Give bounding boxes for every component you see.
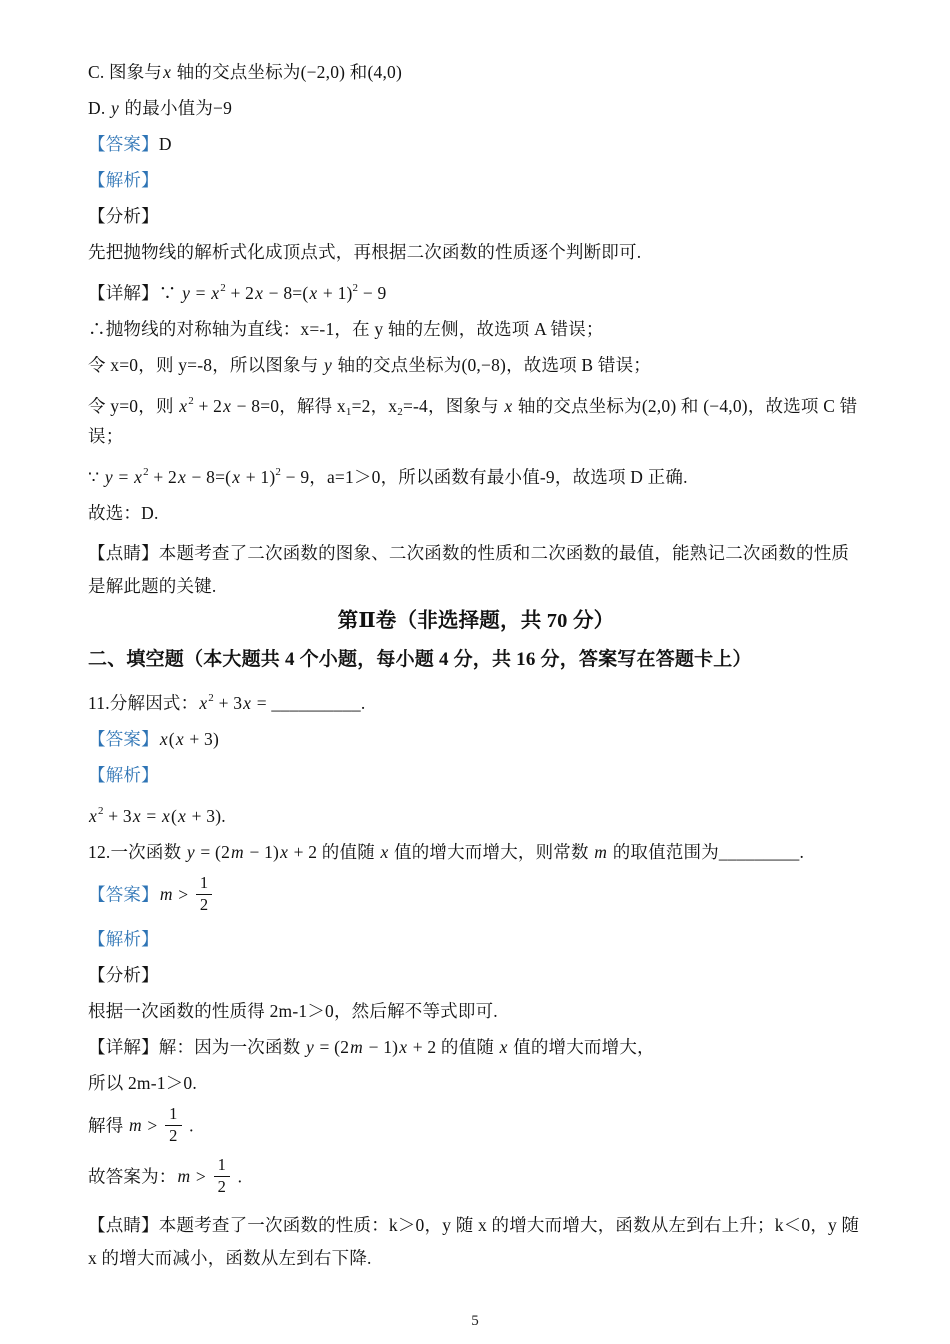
text-run: ∵ bbox=[88, 467, 104, 487]
math-variable: x bbox=[308, 283, 318, 303]
fraction: 12 bbox=[196, 874, 212, 915]
q10-fenxi-label: 【分析】 bbox=[88, 204, 864, 228]
text-run: 的最小值为−9 bbox=[120, 98, 232, 118]
q12-fenxi-label: 【分析】 bbox=[88, 963, 864, 987]
math-variable: x bbox=[177, 467, 187, 487]
text-run: − 8=0，解得 x bbox=[232, 396, 346, 416]
bracket-label: 【解析】 bbox=[88, 170, 159, 190]
math-number: (−4,0) bbox=[703, 396, 748, 416]
math-variable: x bbox=[503, 396, 513, 416]
text-run: . bbox=[185, 1115, 194, 1135]
bracket-label: 【解析】 bbox=[88, 765, 159, 785]
text-run: 轴的交点坐标为 bbox=[333, 355, 461, 375]
text-run: 【点睛】本题考查了一次函数的性质：k＞0，y 随 x 的增大而增大，函数从左到右… bbox=[88, 1215, 859, 1268]
text-run: + 2 bbox=[149, 467, 177, 487]
math-variable: x bbox=[398, 1037, 408, 1057]
text-run: − 8=( bbox=[187, 467, 231, 487]
fraction-denominator: 2 bbox=[214, 1177, 230, 1197]
text-run: − 9 bbox=[358, 283, 386, 303]
text-run: = (2 bbox=[315, 1037, 349, 1057]
math-variable: x bbox=[175, 729, 185, 749]
text-run: ∴抛物线的对称轴为直线：x=-1，在 y 轴的左侧，故选项 A 错误； bbox=[88, 319, 604, 339]
fraction: 12 bbox=[214, 1156, 230, 1197]
part2-header: 第Ⅱ卷（非选择题，共 70 分） bbox=[88, 609, 864, 633]
text-run: − 8=( bbox=[264, 283, 308, 303]
math-variable: x bbox=[133, 467, 143, 487]
q10-detail-line-2: ∴抛物线的对称轴为直线：x=-1，在 y 轴的左侧，故选项 A 错误； bbox=[88, 317, 864, 341]
q12-dianjing: 【点睛】本题考查了一次函数的性质：k＞0，y 随 x 的增大而增大，函数从左到右… bbox=[88, 1209, 864, 1275]
math-number: ( bbox=[169, 729, 175, 749]
math-variable: x bbox=[159, 729, 169, 749]
text-run: = bbox=[191, 283, 210, 303]
text-run: = bbox=[114, 467, 133, 487]
text-run: 【分析】 bbox=[88, 206, 159, 226]
text-run: + 2 的值随 bbox=[408, 1037, 498, 1057]
text-run: > bbox=[174, 884, 193, 904]
text-run: 和 bbox=[345, 62, 367, 82]
bracket-label: 【解析】 bbox=[88, 929, 159, 949]
text-run: 所以 2m-1＞0. bbox=[88, 1073, 197, 1093]
text-run: + 3 bbox=[214, 693, 242, 713]
math-variable: x bbox=[231, 467, 241, 487]
text-run: − 1) bbox=[245, 842, 279, 862]
math-variable: m bbox=[349, 1037, 364, 1057]
text-run: 值的增大而增大，则常数 bbox=[389, 842, 593, 862]
text-run: + 2 bbox=[226, 283, 254, 303]
q10-answer: 【答案】D bbox=[88, 132, 864, 156]
math-number: (0,−8) bbox=[461, 355, 506, 375]
text-run: 解得 bbox=[88, 1115, 128, 1135]
math-variable: x bbox=[279, 842, 289, 862]
math-variable: y bbox=[323, 355, 333, 375]
q11-answer: 【答案】x(x + 3) bbox=[88, 727, 864, 751]
math-variable: x bbox=[198, 693, 208, 713]
text-run: − 1) bbox=[364, 1037, 398, 1057]
text-run: 令 y=0，则 bbox=[88, 396, 178, 416]
q10-detail-line-5: ∵ y = x2 + 2x − 8=(x + 1)2 − 9，a=1＞0，所以函… bbox=[88, 460, 864, 489]
text-run: D. bbox=[88, 98, 110, 118]
text-run: + 2 的值随 bbox=[289, 842, 379, 862]
math-variable: y bbox=[186, 842, 196, 862]
text-run: + 1) bbox=[241, 467, 275, 487]
q11-solution: x2 + 3x = x(x + 3). bbox=[88, 799, 864, 828]
fraction-numerator: 1 bbox=[165, 1105, 181, 1126]
q10-option-c: C. 图象与x 轴的交点坐标为(−2,0) 和(4,0) bbox=[88, 60, 864, 84]
math-variable: x bbox=[177, 806, 187, 826]
text-run: + 2 bbox=[194, 396, 222, 416]
text-run: + 3 bbox=[187, 806, 215, 826]
text-run: 【点睛】本题考查了二次函数的图象、二次函数的性质和二次函数的最值，能熟记二次函数… bbox=[88, 543, 849, 596]
text-run: . bbox=[233, 1166, 242, 1186]
bracket-label: 【答案】 bbox=[88, 134, 159, 154]
math-number: (−2,0) bbox=[301, 62, 346, 82]
text-run: > bbox=[191, 1166, 210, 1186]
section2-title: 二、填空题（本大题共 4 个小题，每小题 4 分，共 16 分，答案写在答题卡上… bbox=[88, 648, 864, 672]
text-run: 故选：D. bbox=[88, 503, 159, 523]
math-variable: m bbox=[230, 842, 245, 862]
text-run: − 9，a=1＞0，所以函数有最小值-9，故选项 D 正确. bbox=[281, 467, 688, 487]
q10-analysis-text: 先把抛物线的解析式化成顶点式，再根据二次函数的性质逐个判断即可. bbox=[88, 240, 864, 264]
text-run: + 3 bbox=[104, 806, 132, 826]
math-variable: y bbox=[104, 467, 114, 487]
text-run: > bbox=[143, 1115, 162, 1135]
q10-detail-line-1: 【详解】∵ y = x2 + 2x − 8=(x + 1)2 − 9 bbox=[88, 276, 864, 305]
bracket-label: 【答案】 bbox=[88, 729, 159, 749]
q12-detail-line-3: 解得 m > 12 . bbox=[88, 1107, 864, 1148]
text-run: 值的增大而增大， bbox=[509, 1037, 655, 1057]
text-run: ，故选项 B 错误； bbox=[506, 355, 651, 375]
math-variable: m bbox=[177, 1166, 192, 1186]
math-variable: y bbox=[110, 98, 120, 118]
q10-option-d: D. y 的最小值为−9 bbox=[88, 96, 864, 120]
math-variable: x bbox=[132, 806, 142, 826]
text-run: 先把抛物线的解析式化成顶点式，再根据二次函数的性质逐个判断即可. bbox=[88, 242, 641, 262]
text-run: 的取值范围为_________. bbox=[608, 842, 804, 862]
math-number: (4,0) bbox=[367, 62, 402, 82]
fraction-denominator: 2 bbox=[196, 895, 212, 915]
math-number: (2,0) bbox=[642, 396, 677, 416]
math-variable: x bbox=[161, 806, 171, 826]
q10-jiexi-label: 【解析】 bbox=[88, 168, 864, 192]
math-variable: x bbox=[242, 693, 252, 713]
q12-jiexi-label: 【解析】 bbox=[88, 927, 864, 951]
text-run: 【详解】∵ bbox=[88, 283, 181, 303]
q10-detail-line-3: 令 x=0，则 y=-8，所以图象与 y 轴的交点坐标为(0,−8)，故选项 B… bbox=[88, 353, 864, 377]
math-variable: x bbox=[379, 842, 389, 862]
math-variable: x bbox=[178, 396, 188, 416]
math-number: ) bbox=[213, 729, 219, 749]
math-variable: m bbox=[128, 1115, 143, 1135]
math-variable: x bbox=[162, 62, 172, 82]
q12-detail-line-4: 故答案为：m > 12 . bbox=[88, 1158, 864, 1199]
text-run: + 1) bbox=[318, 283, 352, 303]
page-number: 5 bbox=[0, 1313, 950, 1330]
fraction-numerator: 1 bbox=[214, 1156, 230, 1177]
text-run: C. 图象与 bbox=[88, 62, 162, 82]
text-run: = bbox=[142, 806, 161, 826]
text-run: 和 bbox=[676, 396, 703, 416]
document-page: C. 图象与x 轴的交点坐标为(−2,0) 和(4,0)D. y 的最小值为−9… bbox=[0, 0, 950, 1275]
text-run: 11.分解因式： bbox=[88, 693, 198, 713]
text-run: 轴的交点坐标为 bbox=[513, 396, 641, 416]
math-variable: y bbox=[305, 1037, 315, 1057]
text-run: =2，x bbox=[352, 396, 398, 416]
bracket-label: 【答案】 bbox=[88, 884, 159, 904]
text-run: 令 x=0，则 y=-8，所以图象与 bbox=[88, 355, 323, 375]
text-run: = __________. bbox=[252, 693, 365, 713]
text-run: + 3 bbox=[185, 729, 213, 749]
math-variable: x bbox=[210, 283, 220, 303]
text-run: 故答案为： bbox=[88, 1166, 177, 1186]
text-run: D bbox=[159, 134, 172, 154]
text-run: 【分析】 bbox=[88, 965, 159, 985]
text-run: 根据一次函数的性质得 2m-1＞0，然后解不等式即可. bbox=[88, 1001, 498, 1021]
text-run: 轴的交点坐标为 bbox=[172, 62, 300, 82]
q11-jiexi-label: 【解析】 bbox=[88, 763, 864, 787]
q12-analysis-text: 根据一次函数的性质得 2m-1＞0，然后解不等式即可. bbox=[88, 999, 864, 1023]
q12-answer: 【答案】m > 12 bbox=[88, 876, 864, 917]
math-variable: y bbox=[181, 283, 191, 303]
q12-detail-line-2: 所以 2m-1＞0. bbox=[88, 1071, 864, 1095]
math-variable: x bbox=[222, 396, 232, 416]
fraction-numerator: 1 bbox=[196, 874, 212, 895]
q12-stem: 12.一次函数 y = (2m − 1)x + 2 的值随 x 值的增大而增大，… bbox=[88, 840, 864, 864]
math-number: ). bbox=[215, 806, 226, 826]
math-variable: m bbox=[593, 842, 608, 862]
text-run: 【详解】解：因为一次函数 bbox=[88, 1037, 305, 1057]
math-variable: x bbox=[88, 806, 98, 826]
q10-detail-line-4: 令 y=0，则 x2 + 2x − 8=0，解得 x1=2，x2=-4，图象与 … bbox=[88, 389, 864, 448]
text-run: 12.一次函数 bbox=[88, 842, 186, 862]
text-run: 二、填空题（本大题共 4 个小题，每小题 4 分，共 16 分，答案写在答题卡上… bbox=[88, 649, 752, 670]
fraction-denominator: 2 bbox=[165, 1126, 181, 1146]
text-run: =-4，图象与 bbox=[403, 396, 503, 416]
q12-detail-line-1: 【详解】解：因为一次函数 y = (2m − 1)x + 2 的值随 x 值的增… bbox=[88, 1035, 864, 1059]
q11-stem: 11.分解因式：x2 + 3x = __________. bbox=[88, 686, 864, 715]
q10-conclusion: 故选：D. bbox=[88, 501, 864, 525]
document-body: C. 图象与x 轴的交点坐标为(−2,0) 和(4,0)D. y 的最小值为−9… bbox=[88, 60, 864, 1275]
math-variable: x bbox=[499, 1037, 509, 1057]
text-run: 第Ⅱ卷（非选择题，共 70 分） bbox=[338, 610, 615, 632]
text-run: = (2 bbox=[196, 842, 230, 862]
fraction: 12 bbox=[165, 1105, 181, 1146]
math-variable: m bbox=[159, 884, 174, 904]
math-variable: x bbox=[254, 283, 264, 303]
q10-dianjing: 【点睛】本题考查了二次函数的图象、二次函数的性质和二次函数的最值，能熟记二次函数… bbox=[88, 537, 864, 603]
